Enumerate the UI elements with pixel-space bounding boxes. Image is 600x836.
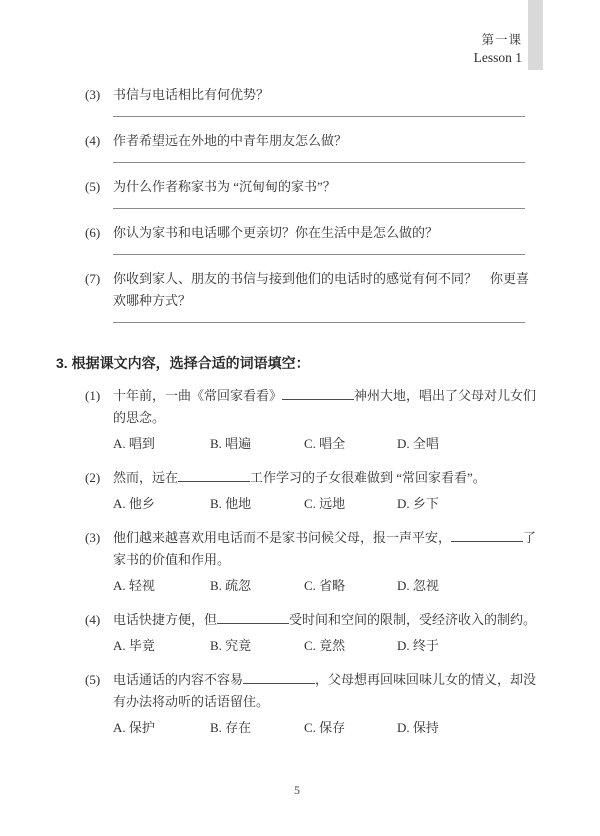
item-number: (1)	[85, 385, 100, 407]
choice-row: A. 轻视 B. 疏忽 C. 省略 D. 忽视	[113, 575, 538, 597]
fill-in-blank	[451, 536, 523, 542]
choice-a: A. 毕竟	[113, 635, 210, 657]
fill-in-blank	[217, 618, 289, 624]
reading-question: (4) 作者希望远在外地的中青年朋友怎么做？	[85, 130, 538, 152]
fill-in-item: (2) 然而，远在工作学习的子女很难做到 “常回家看看”。 A. 他乡 B. 他…	[85, 467, 538, 515]
choice-row: A. 唱到 B. 唱遍 C. 唱全 D. 全唱	[113, 433, 538, 455]
choice-a: A. 保护	[113, 717, 210, 739]
choice-c: C. 省略	[304, 575, 397, 597]
fill-in-item: (4) 电话快捷方便，但受时间和空间的限制，受经济收入的制约。 A. 毕竟 B.…	[85, 609, 538, 657]
fill-in-item: (3) 他们越来越喜欢用电话而不是家书问候父母，报一声平安，了家书的价值和作用。…	[85, 527, 538, 597]
item-text-pre: 电话快捷方便，但	[113, 612, 217, 627]
item-text-post: 工作学习的子女很难做到 “常回家看看”。	[250, 470, 486, 485]
reading-question: (3) 书信与电话相比有何优势？	[85, 84, 538, 106]
answer-line	[113, 208, 525, 209]
choice-d: D. 全唱	[397, 433, 538, 455]
chapter-edge-tab	[528, 0, 543, 70]
item-text-pre: 他们越来越喜欢用电话而不是家书问候父母，报一声平安，	[113, 530, 451, 545]
fill-in-blank	[243, 678, 315, 684]
page-content: (3) 书信与电话相比有何优势？ (4) 作者希望远在外地的中青年朋友怎么做？ …	[0, 0, 600, 739]
choice-a: A. 轻视	[113, 575, 210, 597]
choice-d: D. 乡下	[397, 493, 538, 515]
answer-line	[113, 254, 525, 255]
section-heading: 3. 根据课文内容，选择合适的词语填空：	[56, 353, 600, 373]
item-text-post: 受时间和空间的限制，受经济收入的制约。	[289, 612, 536, 627]
answer-line	[113, 162, 525, 163]
question-text: 你认为家书和电话哪个更亲切？你在生活中是怎么做的？	[113, 225, 438, 240]
choice-b: B. 唱遍	[210, 433, 304, 455]
choice-b: B. 疏忽	[210, 575, 304, 597]
question-number: (4)	[85, 130, 100, 152]
reading-question: (7) 你收到家人、朋友的书信与接到他们的电话时的感觉有何不同？ 你更喜欢哪种方…	[85, 268, 538, 312]
lesson-title: Lesson 1	[474, 49, 522, 66]
choice-d: D. 终于	[397, 635, 538, 657]
fill-in-blank	[178, 476, 250, 482]
reading-question: (6) 你认为家书和电话哪个更亲切？你在生活中是怎么做的？	[85, 222, 538, 244]
choice-d: D. 保持	[397, 717, 538, 739]
question-number: (6)	[85, 222, 100, 244]
choice-b: B. 存在	[210, 717, 304, 739]
item-number: (5)	[85, 669, 100, 691]
item-text-pre: 然而，远在	[113, 470, 178, 485]
item-number: (4)	[85, 609, 100, 631]
item-text-pre: 电话通话的内容不容易	[113, 672, 243, 687]
fill-in-blank	[282, 394, 354, 400]
question-text: 书信与电话相比有何优势？	[113, 87, 269, 102]
question-number: (5)	[85, 176, 100, 198]
running-header: 第一课 Lesson 1	[474, 32, 522, 66]
choice-b: B. 他地	[210, 493, 304, 515]
fill-in-item: (5) 电话通话的内容不容易，父母想再回味回味儿女的情义，却没有办法将动听的话语…	[85, 669, 538, 739]
question-text: 你收到家人、朋友的书信与接到他们的电话时的感觉有何不同？ 你更喜欢哪种方式？	[113, 271, 529, 308]
choice-c: C. 保存	[304, 717, 397, 739]
question-number: (7)	[85, 268, 100, 290]
choice-a: A. 他乡	[113, 493, 210, 515]
item-number: (2)	[85, 467, 100, 489]
item-text-pre: 十年前，一曲《常回家看看》	[113, 388, 282, 403]
chapter-title: 第一课	[474, 32, 522, 49]
item-number: (3)	[85, 527, 100, 549]
page-number: 5	[0, 783, 594, 798]
choice-c: C. 远地	[304, 493, 397, 515]
choice-c: C. 竟然	[304, 635, 397, 657]
question-number: (3)	[85, 84, 100, 106]
choice-a: A. 唱到	[113, 433, 210, 455]
choice-b: B. 究竟	[210, 635, 304, 657]
choice-row: A. 毕竟 B. 究竟 C. 竟然 D. 终于	[113, 635, 538, 657]
question-text: 作者希望远在外地的中青年朋友怎么做？	[113, 133, 347, 148]
choice-row: A. 保护 B. 存在 C. 保存 D. 保持	[113, 717, 538, 739]
question-text: 为什么作者称家书为 “沉甸甸的家书”？	[113, 179, 336, 194]
choice-row: A. 他乡 B. 他地 C. 远地 D. 乡下	[113, 493, 538, 515]
answer-line	[113, 116, 525, 117]
answer-line	[113, 322, 525, 323]
fill-in-item: (1) 十年前，一曲《常回家看看》神州大地，唱出了父母对儿女们的思念。 A. 唱…	[85, 385, 538, 455]
choice-d: D. 忽视	[397, 575, 538, 597]
textbook-page: 第一课 Lesson 1 (3) 书信与电话相比有何优势？ (4) 作者希望远在…	[0, 0, 600, 836]
choice-c: C. 唱全	[304, 433, 397, 455]
reading-question: (5) 为什么作者称家书为 “沉甸甸的家书”？	[85, 176, 538, 198]
